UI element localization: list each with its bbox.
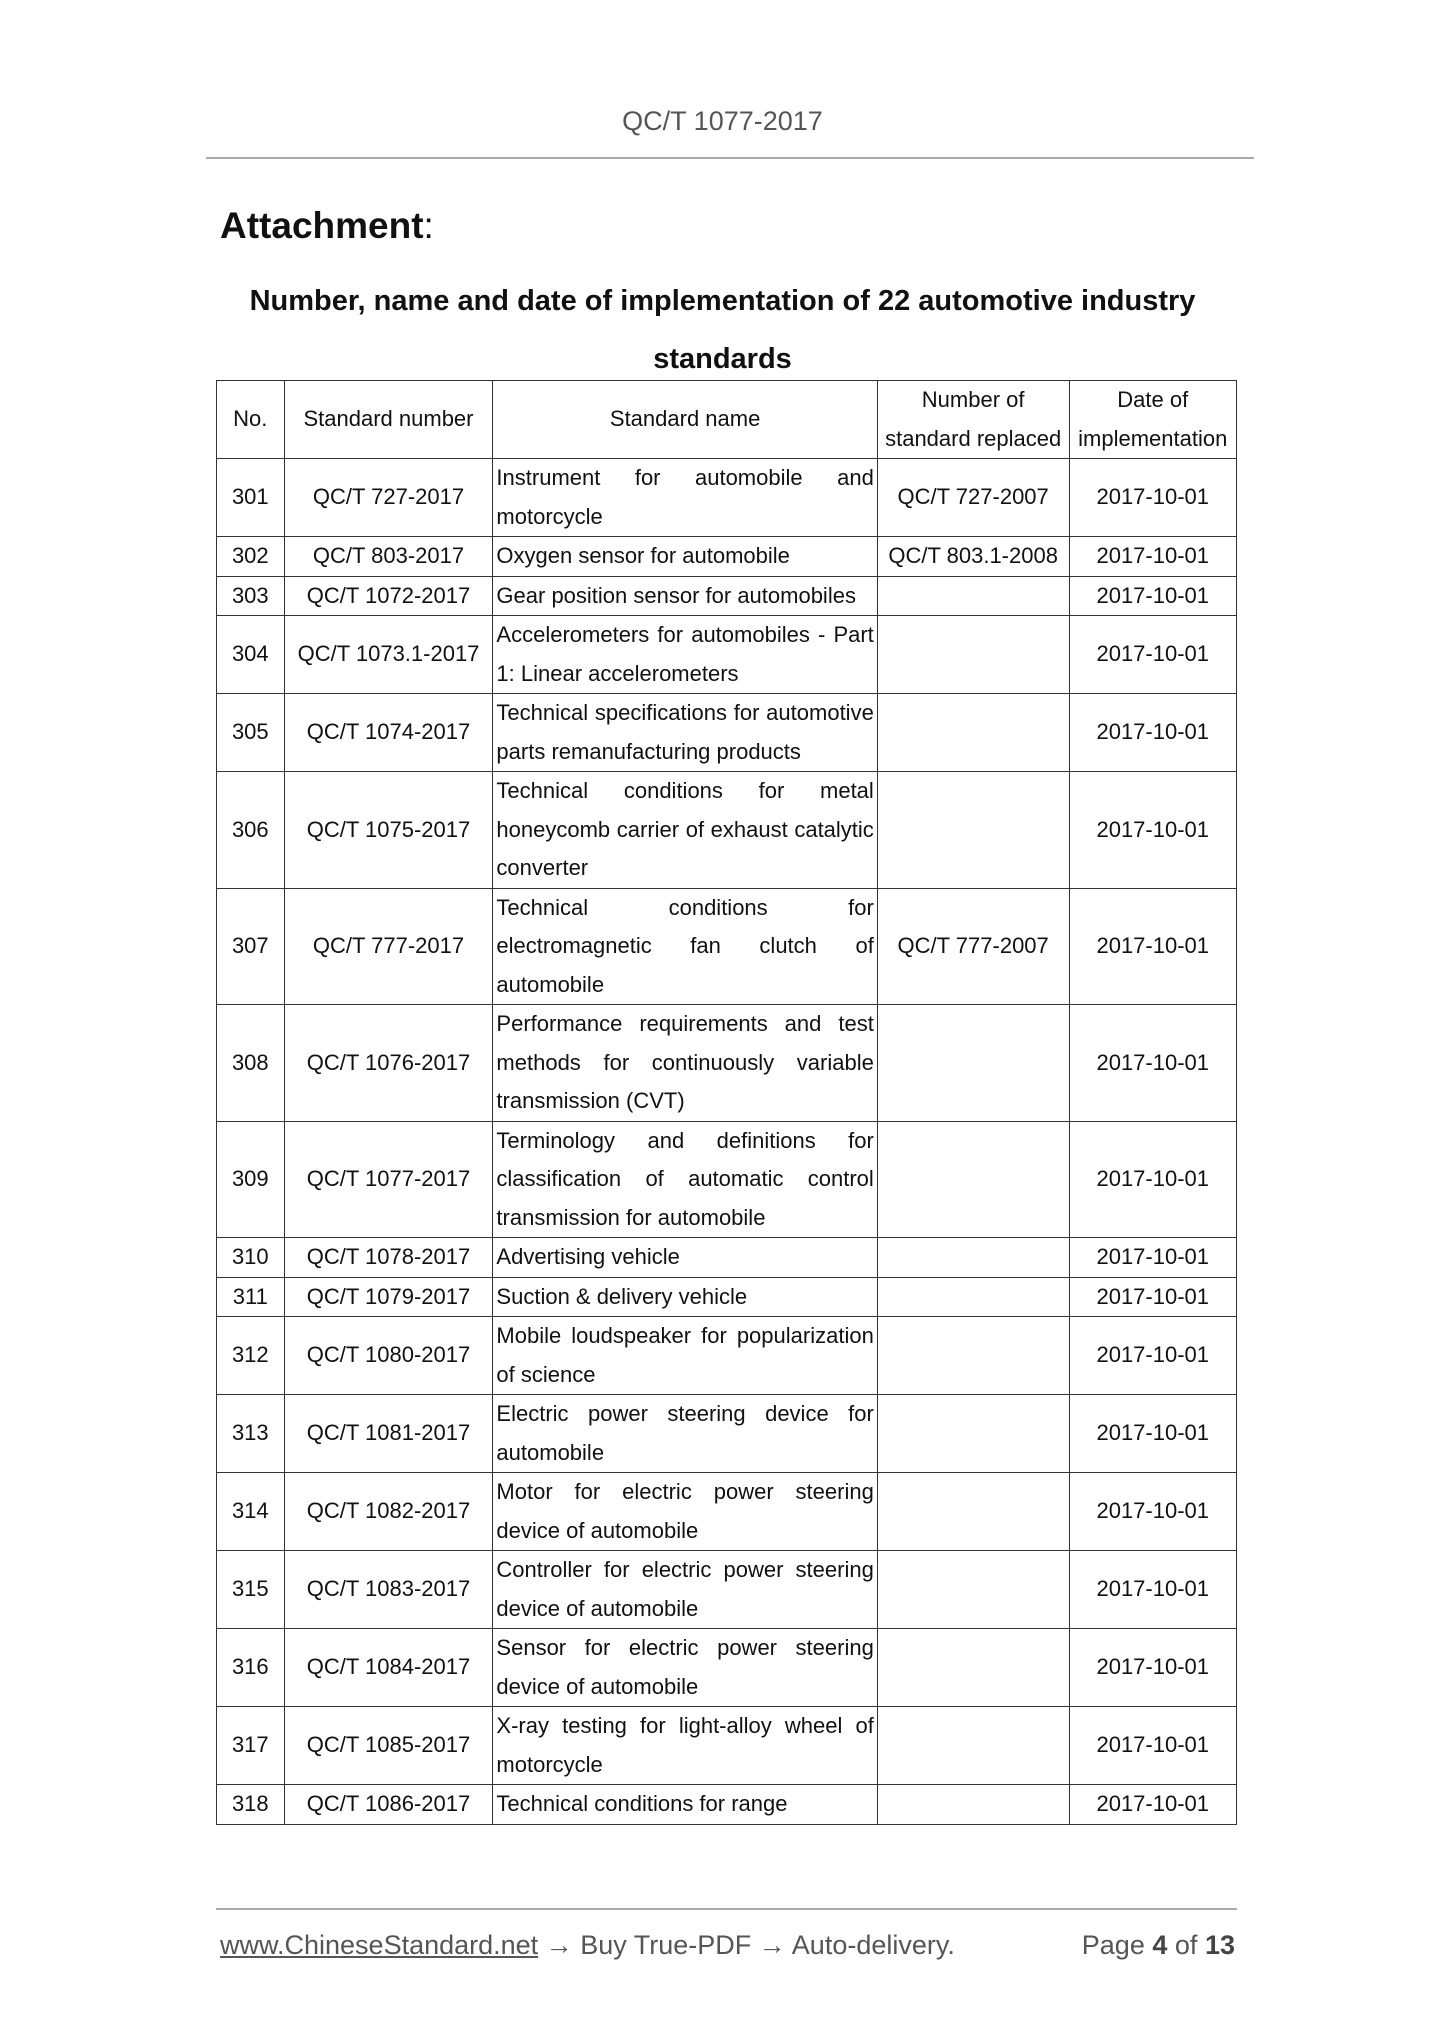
cell-standard-number: QC/T 1076-2017: [284, 1005, 493, 1122]
cell-standard-name: Technical conditions for metal honeycomb…: [493, 772, 877, 889]
table-row: 312QC/T 1080-2017Mobile loudspeaker for …: [217, 1317, 1237, 1395]
cell-no: 312: [217, 1317, 285, 1395]
cell-date: 2017-10-01: [1069, 1785, 1237, 1825]
cell-no: 315: [217, 1551, 285, 1629]
cell-date: 2017-10-01: [1069, 1395, 1237, 1473]
cell-no: 309: [217, 1121, 285, 1238]
arrow-icon: →: [546, 1930, 573, 1960]
table-row: 304QC/T 1073.1-2017Accelerometers for au…: [217, 616, 1237, 694]
page-total: 13: [1205, 1930, 1235, 1960]
table-row: 315QC/T 1083-2017Controller for electric…: [217, 1551, 1237, 1629]
cell-standard-number: QC/T 1082-2017: [284, 1473, 493, 1551]
cell-date: 2017-10-01: [1069, 694, 1237, 772]
cell-standard-name: Performance requirements and test method…: [493, 1005, 877, 1122]
header-standard-name: Standard name: [493, 381, 877, 459]
cell-standard-number: QC/T 803-2017: [284, 537, 493, 577]
cell-standard-name: Terminology and definitions for classifi…: [493, 1121, 877, 1238]
cell-replaced: [877, 1629, 1069, 1707]
table-row: 305QC/T 1074-2017Technical specification…: [217, 694, 1237, 772]
cell-standard-name: Electric power steering device for autom…: [493, 1395, 877, 1473]
cell-no: 318: [217, 1785, 285, 1825]
cell-no: 307: [217, 888, 285, 1005]
table-header-row: No. Standard number Standard name Number…: [217, 381, 1237, 459]
page-indicator: Page 4 of 13: [1082, 1930, 1235, 1961]
cell-replaced: QC/T 803.1-2008: [877, 537, 1069, 577]
cell-no: 308: [217, 1005, 285, 1122]
cell-replaced: [877, 1277, 1069, 1317]
footer-step-buy: Buy True-PDF: [580, 1930, 751, 1960]
table-row: 302QC/T 803-2017Oxygen sensor for automo…: [217, 537, 1237, 577]
cell-standard-number: QC/T 1080-2017: [284, 1317, 493, 1395]
cell-no: 317: [217, 1707, 285, 1785]
cell-standard-number: QC/T 777-2017: [284, 888, 493, 1005]
attachment-colon: :: [424, 205, 434, 246]
cell-date: 2017-10-01: [1069, 1473, 1237, 1551]
table-row: 316QC/T 1084-2017Sensor for electric pow…: [217, 1629, 1237, 1707]
cell-date: 2017-10-01: [1069, 1121, 1237, 1238]
cell-date: 2017-10-01: [1069, 1551, 1237, 1629]
cell-standard-name: Accelerometers for automobiles - Part 1:…: [493, 616, 877, 694]
cell-replaced: [877, 1707, 1069, 1785]
page-of: of: [1175, 1930, 1198, 1960]
cell-standard-number: QC/T 1086-2017: [284, 1785, 493, 1825]
cell-no: 303: [217, 576, 285, 616]
cell-replaced: [877, 694, 1069, 772]
cell-standard-name: Mobile loudspeaker for popularization of…: [493, 1317, 877, 1395]
cell-no: 305: [217, 694, 285, 772]
attachment-heading: Attachment:: [220, 205, 434, 247]
cell-replaced: [877, 1785, 1069, 1825]
header-divider: [206, 157, 1254, 159]
table-row: 318QC/T 1086-2017Technical conditions fo…: [217, 1785, 1237, 1825]
cell-standard-number: QC/T 1075-2017: [284, 772, 493, 889]
cell-standard-name: Technical conditions for range: [493, 1785, 877, 1825]
cell-no: 311: [217, 1277, 285, 1317]
table-row: 313QC/T 1081-2017Electric power steering…: [217, 1395, 1237, 1473]
cell-date: 2017-10-01: [1069, 1317, 1237, 1395]
cell-standard-name: Oxygen sensor for automobile: [493, 537, 877, 577]
cell-standard-number: QC/T 1083-2017: [284, 1551, 493, 1629]
cell-standard-number: QC/T 1079-2017: [284, 1277, 493, 1317]
table-row: 310QC/T 1078-2017Advertising vehicle2017…: [217, 1238, 1237, 1278]
cell-date: 2017-10-01: [1069, 537, 1237, 577]
arrow-icon: →: [759, 1930, 786, 1960]
table-row: 314QC/T 1082-2017Motor for electric powe…: [217, 1473, 1237, 1551]
cell-replaced: [877, 1121, 1069, 1238]
cell-replaced: [877, 616, 1069, 694]
header-no: No.: [217, 381, 285, 459]
cell-standard-number: QC/T 727-2017: [284, 459, 493, 537]
cell-no: 304: [217, 616, 285, 694]
header-replaced: Number of standard replaced: [877, 381, 1069, 459]
footer-step-delivery: Auto-delivery.: [792, 1930, 955, 1960]
cell-replaced: [877, 772, 1069, 889]
cell-standard-number: QC/T 1085-2017: [284, 1707, 493, 1785]
table-row: 317QC/T 1085-2017X-ray testing for light…: [217, 1707, 1237, 1785]
cell-standard-number: QC/T 1084-2017: [284, 1629, 493, 1707]
cell-no: 314: [217, 1473, 285, 1551]
table-row: 307QC/T 777-2017Technical conditions for…: [217, 888, 1237, 1005]
page-current: 4: [1152, 1930, 1167, 1960]
table-row: 306QC/T 1075-2017Technical conditions fo…: [217, 772, 1237, 889]
cell-standard-number: QC/T 1073.1-2017: [284, 616, 493, 694]
cell-standard-name: Suction & delivery vehicle: [493, 1277, 877, 1317]
cell-date: 2017-10-01: [1069, 772, 1237, 889]
cell-replaced: [877, 1551, 1069, 1629]
attachment-label: Attachment: [220, 205, 424, 246]
cell-replaced: QC/T 727-2007: [877, 459, 1069, 537]
footer-divider: [216, 1908, 1237, 1910]
cell-replaced: [877, 1238, 1069, 1278]
cell-date: 2017-10-01: [1069, 1238, 1237, 1278]
cell-date: 2017-10-01: [1069, 616, 1237, 694]
cell-date: 2017-10-01: [1069, 1277, 1237, 1317]
cell-standard-name: Technical specifications for automotive …: [493, 694, 877, 772]
cell-standard-name: Sensor for electric power steering devic…: [493, 1629, 877, 1707]
cell-no: 306: [217, 772, 285, 889]
cell-standard-name: Gear position sensor for automobiles: [493, 576, 877, 616]
cell-standard-name: Advertising vehicle: [493, 1238, 877, 1278]
header-date: Date of implementation: [1069, 381, 1237, 459]
cell-no: 313: [217, 1395, 285, 1473]
cell-standard-number: QC/T 1074-2017: [284, 694, 493, 772]
cell-replaced: [877, 576, 1069, 616]
page-label: Page: [1082, 1930, 1145, 1960]
cell-no: 316: [217, 1629, 285, 1707]
cell-standard-number: QC/T 1072-2017: [284, 576, 493, 616]
table-row: 301QC/T 727-2017Instrument for automobil…: [217, 459, 1237, 537]
cell-date: 2017-10-01: [1069, 888, 1237, 1005]
cell-date: 2017-10-01: [1069, 1707, 1237, 1785]
table-row: 308QC/T 1076-2017Performance requirement…: [217, 1005, 1237, 1122]
cell-replaced: [877, 1005, 1069, 1122]
standards-table: No. Standard number Standard name Number…: [216, 380, 1237, 1825]
cell-standard-name: Motor for electric power steering device…: [493, 1473, 877, 1551]
cell-standard-number: QC/T 1077-2017: [284, 1121, 493, 1238]
page-footer: www.ChineseStandard.net → Buy True-PDF →…: [220, 1930, 1235, 1961]
cell-replaced: QC/T 777-2007: [877, 888, 1069, 1005]
table-title: Number, name and date of implementation …: [230, 272, 1215, 388]
cell-date: 2017-10-01: [1069, 1005, 1237, 1122]
cell-standard-name: Instrument for automobile and motorcycle: [493, 459, 877, 537]
table-row: 303QC/T 1072-2017Gear position sensor fo…: [217, 576, 1237, 616]
table-row: 311QC/T 1079-2017Suction & delivery vehi…: [217, 1277, 1237, 1317]
header-standard-number: Standard number: [284, 381, 493, 459]
cell-standard-name: Controller for electric power steering d…: [493, 1551, 877, 1629]
document-header-title: QC/T 1077-2017: [0, 106, 1445, 137]
cell-standard-name: Technical conditions for electromagnetic…: [493, 888, 877, 1005]
cell-standard-number: QC/T 1081-2017: [284, 1395, 493, 1473]
cell-no: 302: [217, 537, 285, 577]
cell-no: 310: [217, 1238, 285, 1278]
cell-standard-name: X-ray testing for light-alloy wheel of m…: [493, 1707, 877, 1785]
website-link[interactable]: www.ChineseStandard.net: [220, 1930, 538, 1960]
table-row: 309QC/T 1077-2017Terminology and definit…: [217, 1121, 1237, 1238]
cell-date: 2017-10-01: [1069, 459, 1237, 537]
cell-date: 2017-10-01: [1069, 576, 1237, 616]
cell-replaced: [877, 1395, 1069, 1473]
cell-replaced: [877, 1317, 1069, 1395]
cell-replaced: [877, 1473, 1069, 1551]
cell-no: 301: [217, 459, 285, 537]
cell-date: 2017-10-01: [1069, 1629, 1237, 1707]
cell-standard-number: QC/T 1078-2017: [284, 1238, 493, 1278]
